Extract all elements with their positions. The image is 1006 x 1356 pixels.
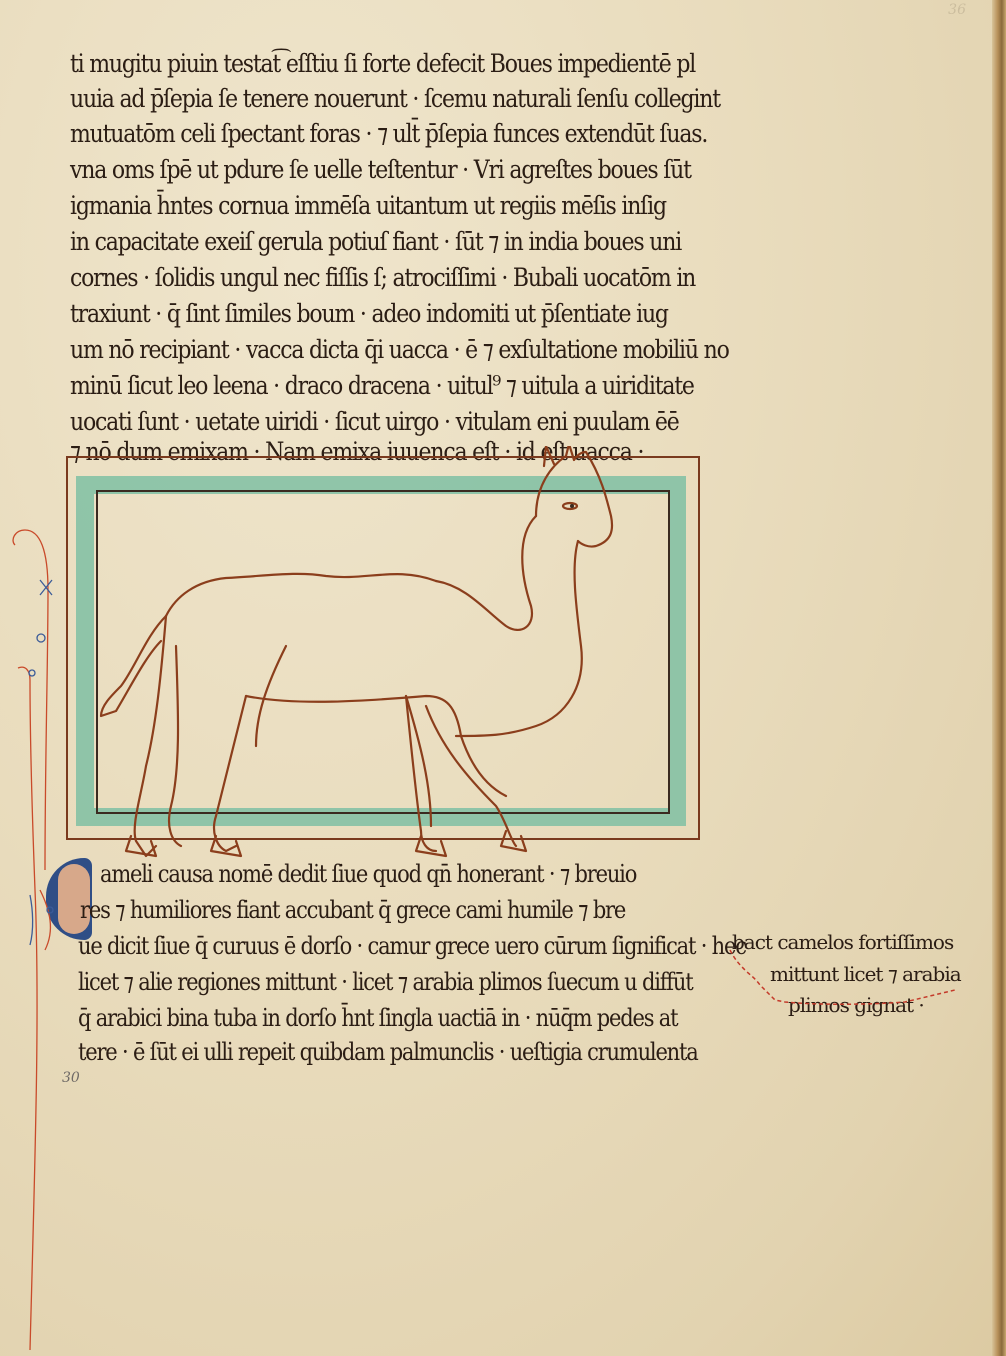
text-line: minū ſicut leo leena · draco dracena · u…: [70, 372, 694, 401]
text-line: uuia ad p̄ſepia ſe tenere nouerunt · ſce…: [70, 85, 720, 114]
camel-illustration: [66, 446, 706, 866]
text-line: in capacitate exeiſ gerula potiuſ fiant …: [70, 228, 681, 257]
text-line: ameli causa nomē dedit ſiue quod qn̄ hon…: [100, 860, 636, 888]
text-line: cornes · ſolidis ungul nec fiſſis ſ; atr…: [70, 264, 695, 293]
text-line: ue dicit ſiue q̄ curuus ē dorſo · camur …: [78, 932, 746, 960]
margin-note-scallop: [715, 940, 975, 1010]
text-line: tere · ē ſūt ei ulli repeit quibdam palm…: [78, 1038, 698, 1066]
text-line: licet ⁊ alie regiones mittunt · licet ⁊ …: [78, 968, 692, 996]
page-number: 30: [62, 1070, 80, 1086]
manuscript-page: 36 ti mugitu piuin testat͡ eſſtiu ſi for…: [0, 0, 1006, 1356]
text-line: traxiunt · q̄ ſint ſimiles boum · adeo i…: [70, 300, 668, 329]
binding-gutter: [992, 0, 1006, 1356]
text-line: um nō recipiant · vacca dicta q̄i uacca …: [70, 336, 729, 365]
text-line: res ⁊ humiliores fiant accubant q̄ grece…: [80, 896, 625, 924]
text-line: q̄ arabici bina tuba in dorſo h̄nt ſingl…: [78, 1004, 677, 1032]
folio-mark: 36: [948, 2, 966, 18]
text-line: uocati ſunt · uetate uiridi · ſicut uirg…: [70, 408, 679, 437]
text-line: mutuatōm celi ſpectant foras · ⁊ ult̄ p̄…: [70, 120, 707, 149]
text-line: vna oms ſpē ut pdure ſe uelle teſtentur …: [70, 156, 691, 185]
marginal-flourish: [0, 510, 80, 1350]
text-line: ti mugitu piuin testat͡ eſſtiu ſi forte …: [70, 50, 695, 79]
text-line: igmania h̄ntes cornua immēſa uitantum ut…: [70, 192, 666, 221]
